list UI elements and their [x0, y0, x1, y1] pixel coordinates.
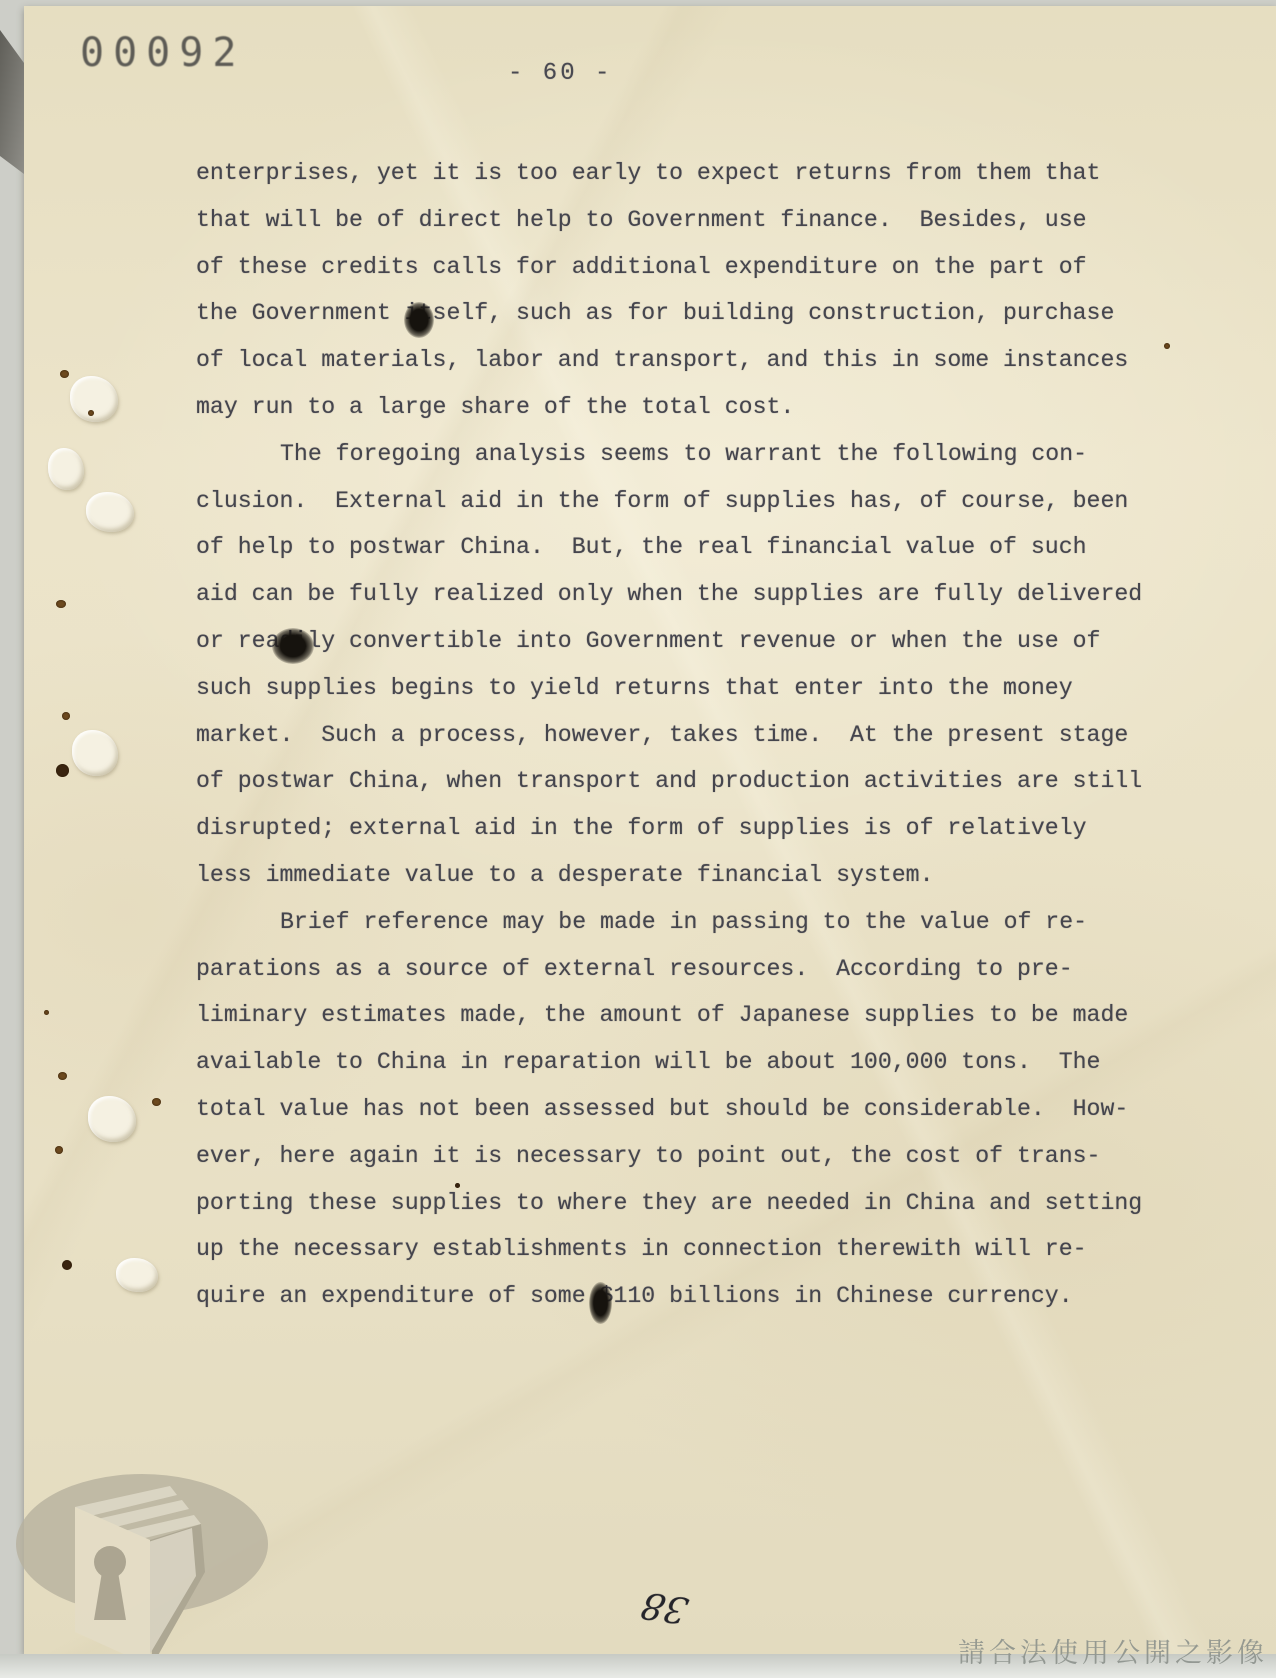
rust-spot	[55, 1146, 63, 1154]
rust-spot	[44, 1010, 49, 1015]
page-number: - 60 -	[508, 60, 612, 87]
rust-spot	[152, 1098, 161, 1106]
ink-blot	[404, 302, 434, 338]
rust-spot	[56, 600, 66, 608]
rust-spot	[60, 370, 69, 378]
usage-watermark-text: 請合法使用公開之影像	[958, 1631, 1268, 1670]
typewritten-line: quire an expenditure of some $110 billio…	[196, 1273, 1196, 1320]
library-book-keyhole-watermark-icon	[14, 1452, 282, 1678]
typewritten-line: available to China in reparation will be…	[196, 1039, 1196, 1086]
rust-spot	[455, 1183, 460, 1188]
paper-damage-patch	[116, 1258, 158, 1292]
typewritten-line: Brief reference may be made in passing t…	[196, 899, 1196, 946]
typewritten-line: ever, here again it is necessary to poin…	[196, 1133, 1196, 1180]
rust-spot	[56, 764, 69, 777]
ink-blot	[272, 628, 314, 664]
rust-spot	[58, 1072, 67, 1080]
typewritten-line: market. Such a process, however, takes t…	[196, 712, 1196, 759]
typewritten-line: that will be of direct help to Governmen…	[196, 197, 1196, 244]
ink-blot	[589, 1282, 612, 1324]
typewritten-line: clusion. External aid in the form of sup…	[196, 478, 1196, 525]
typewritten-line: up the necessary establishments in conne…	[196, 1226, 1196, 1273]
handwritten-page-mark: 38	[637, 1583, 692, 1629]
typewritten-line: porting these supplies to where they are…	[196, 1180, 1196, 1227]
typewritten-line: of postwar China, when transport and pro…	[196, 758, 1196, 805]
typewritten-line: may run to a large share of the total co…	[196, 384, 1196, 431]
scanned-document-page: 00092 - 60 - enterprises, yet it is too …	[0, 0, 1276, 1678]
typewritten-line: of help to postwar China. But, the real …	[196, 524, 1196, 571]
paper-damage-patch	[86, 492, 134, 532]
typewritten-line: or readily convertible into Government r…	[196, 618, 1196, 665]
typewritten-line: liminary estimates made, the amount of J…	[196, 992, 1196, 1039]
typewritten-line: the Government itself, such as for build…	[196, 290, 1196, 337]
typewritten-line: The foregoing analysis seems to warrant …	[196, 431, 1196, 478]
typewritten-line: of these credits calls for additional ex…	[196, 244, 1196, 291]
rust-spot	[62, 712, 70, 720]
typewritten-line: parations as a source of external resour…	[196, 946, 1196, 993]
typewritten-text-block: enterprises, yet it is too early to expe…	[196, 150, 1196, 1320]
rust-spot	[62, 1260, 72, 1270]
typewritten-line: of local materials, labor and transport,…	[196, 337, 1196, 384]
typewritten-line: disrupted; external aid in the form of s…	[196, 805, 1196, 852]
rust-spot	[1164, 343, 1170, 349]
rust-spot	[88, 410, 94, 416]
typewritten-line: such supplies begins to yield returns th…	[196, 665, 1196, 712]
typewritten-line: less immediate value to a desperate fina…	[196, 852, 1196, 899]
archive-stamp-number: 00092	[80, 30, 245, 76]
typewritten-line: total value has not been assessed but sh…	[196, 1086, 1196, 1133]
typewritten-line: enterprises, yet it is too early to expe…	[196, 150, 1196, 197]
typewritten-line: aid can be fully realized only when the …	[196, 571, 1196, 618]
scanner-edge-shadow	[0, 24, 24, 174]
